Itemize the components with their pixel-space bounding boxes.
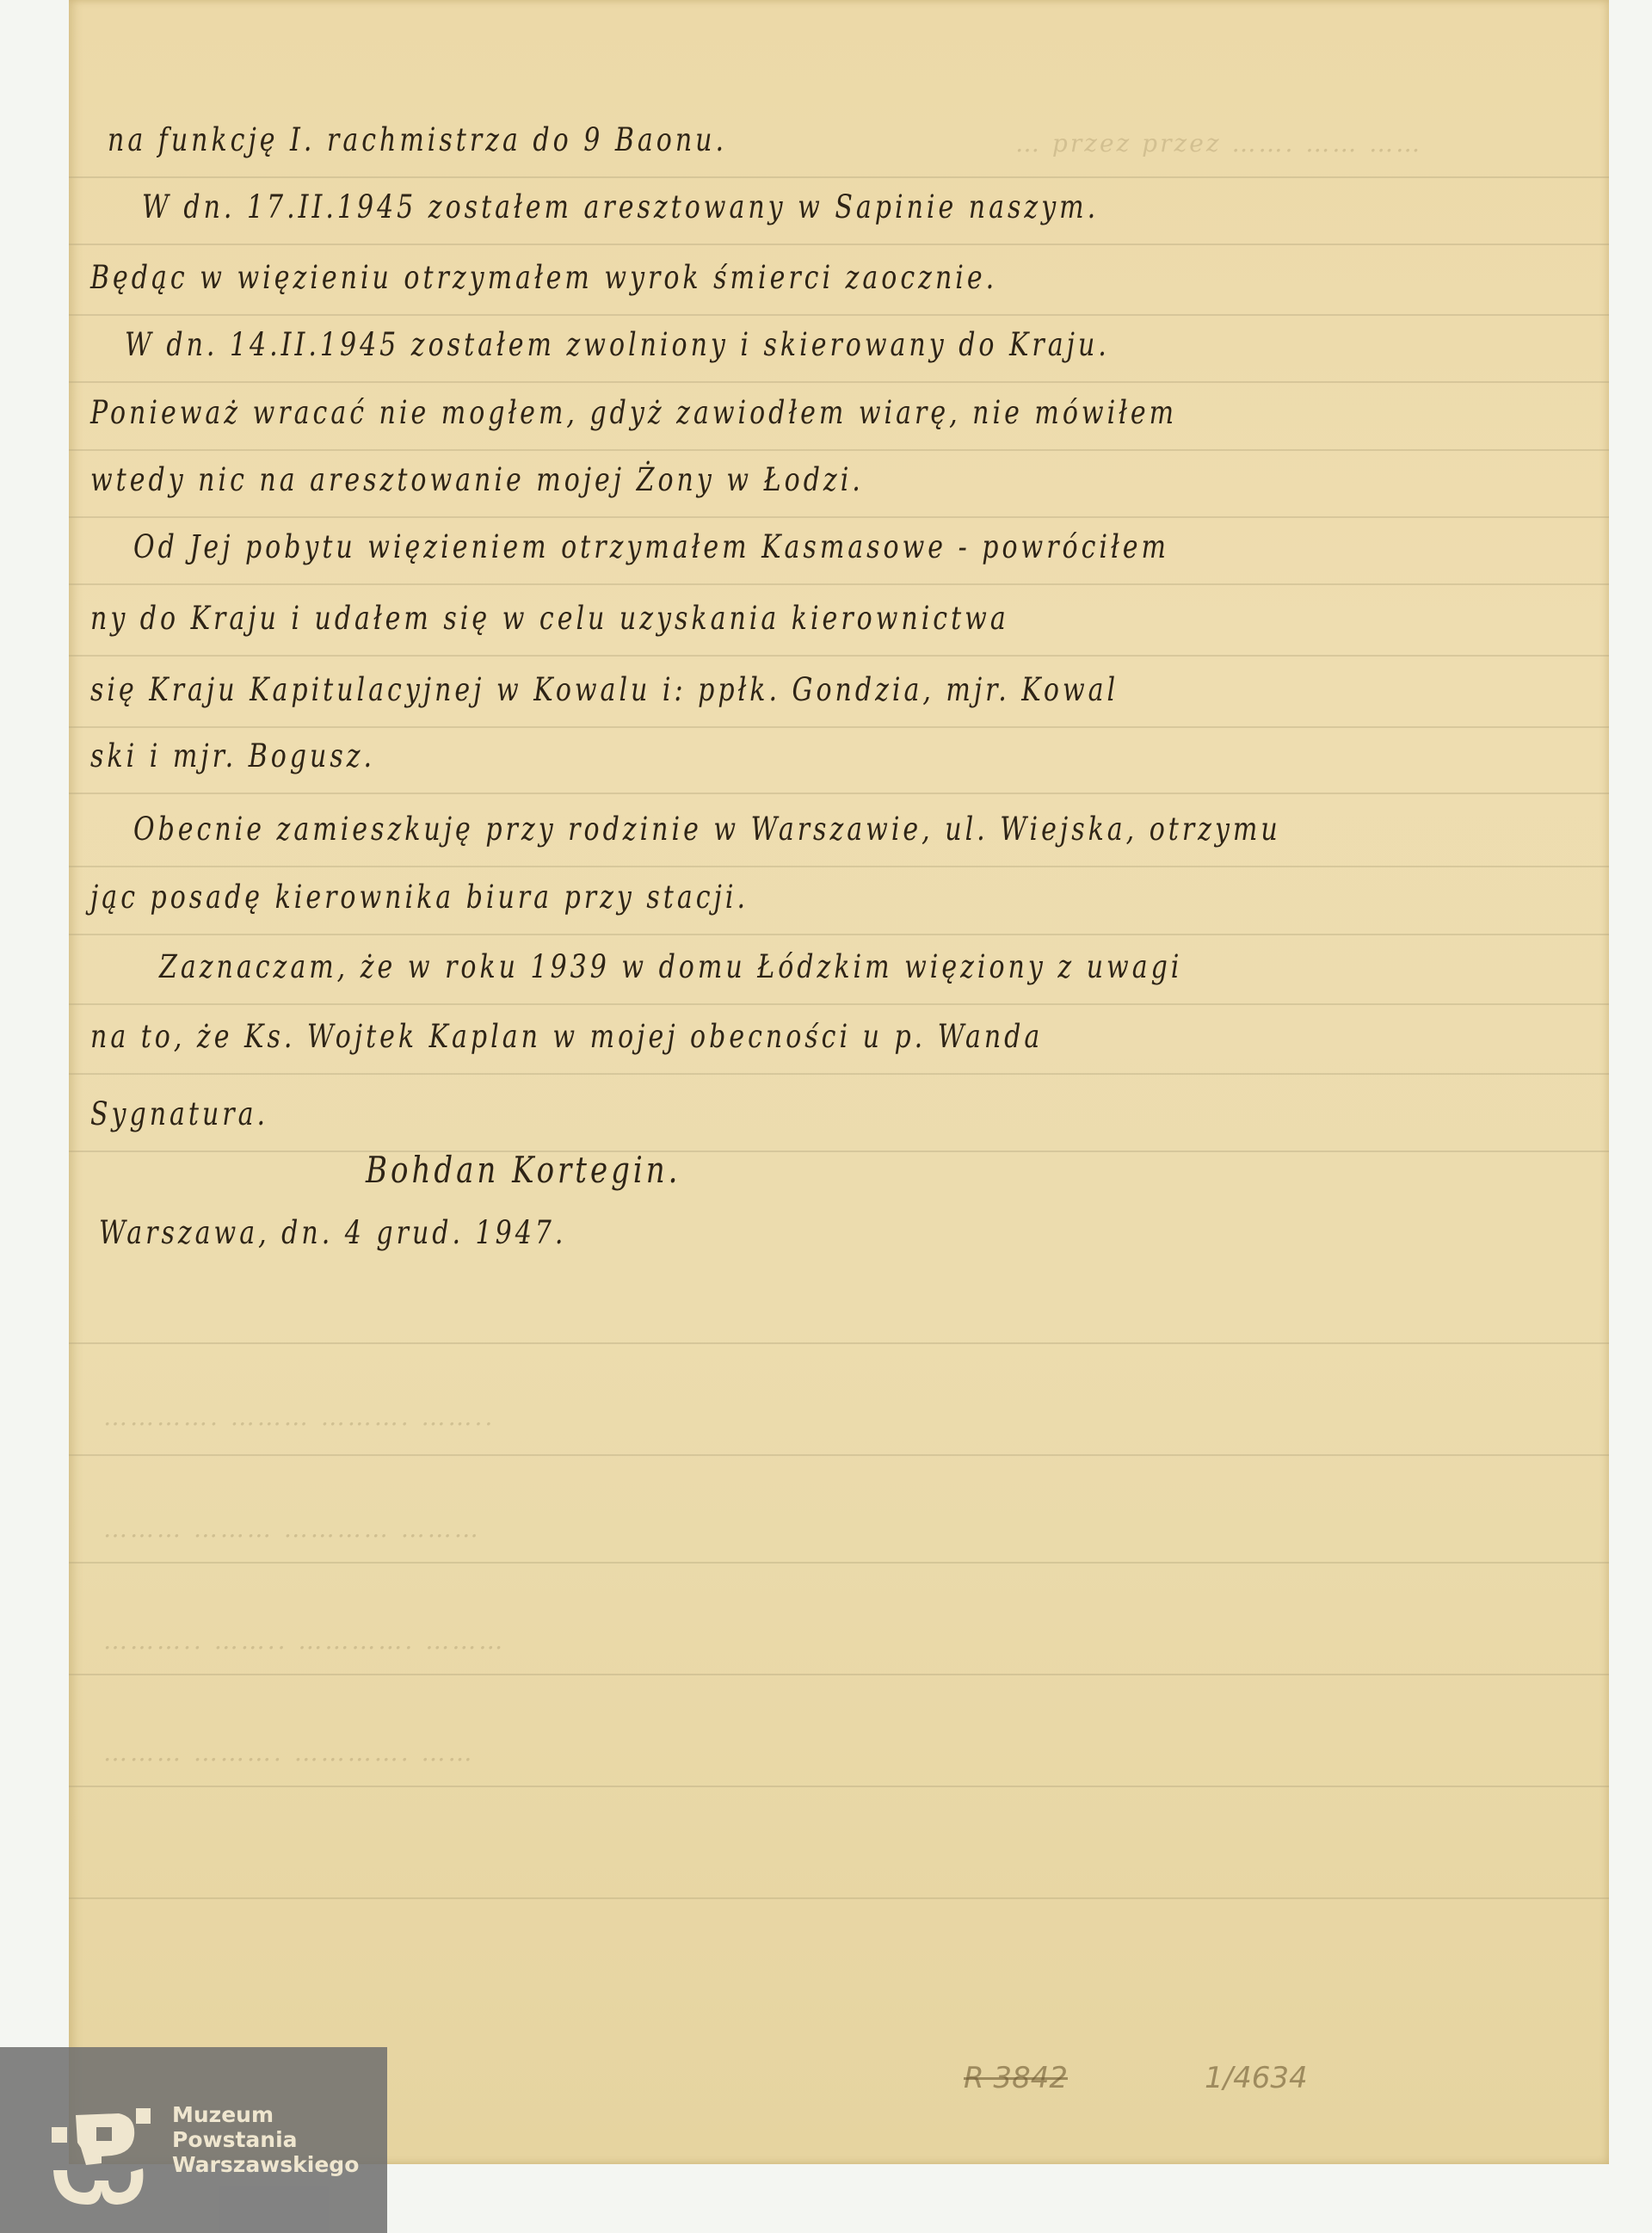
- ruled-line: [69, 866, 1609, 867]
- ruled-line: [69, 1454, 1609, 1456]
- museum-name-line2: Powstania: [172, 2127, 359, 2152]
- ruled-line: [69, 583, 1609, 585]
- ruled-line: [69, 1150, 1609, 1152]
- ruled-line: [69, 1674, 1609, 1675]
- ruled-line: [69, 244, 1609, 245]
- handwritten-line: W dn. 14.II.1945 zostałem zwolniony i sk…: [125, 326, 1110, 364]
- handwritten-line: na to, że Ks. Wojtek Kaplan w mojej obec…: [90, 1018, 1043, 1056]
- ruled-line: [69, 1073, 1609, 1075]
- ruled-line: [69, 655, 1609, 657]
- ruled-line: [69, 726, 1609, 728]
- ruled-line: [69, 176, 1609, 178]
- signature: Bohdan Kortegin.: [366, 1149, 681, 1192]
- handwritten-line: się Kraju Kapitulacyjnej w Kowalu i: ppł…: [90, 671, 1119, 709]
- ruled-line: [69, 314, 1609, 316]
- ruled-line: [69, 1562, 1609, 1564]
- museum-name-line3: Warszawskiego: [172, 2152, 359, 2177]
- handwritten-line: Obecnie zamieszkuję przy rodzinie w Wars…: [133, 811, 1281, 848]
- handwritten-line: ski i mjr. Bogusz.: [90, 737, 375, 775]
- ruled-line: [69, 449, 1609, 451]
- handwritten-line: ny do Kraju i udałem się w celu uzyskani…: [90, 600, 1009, 638]
- bleed-through-text: ……….. …….. …………. ………: [103, 1626, 505, 1655]
- handwritten-line: W dn. 17.II.1945 zostałem aresztowany w …: [142, 188, 1099, 226]
- handwritten-line: jąc posadę kierownika biura przy stacji.: [90, 879, 749, 916]
- ruled-line: [69, 934, 1609, 935]
- bleed-through-text: ……… ……… ………… ………: [103, 1514, 481, 1543]
- handwritten-line: Będąc w więzieniu otrzymałem wyrok śmier…: [90, 259, 997, 297]
- ruled-line: [69, 1342, 1609, 1344]
- ruled-line: [69, 516, 1609, 518]
- archive-number: 1/4634: [1205, 2061, 1308, 2095]
- museum-name: Muzeum Powstania Warszawskiego: [172, 2102, 359, 2177]
- handwritten-line: Sygnatura.: [90, 1095, 268, 1133]
- ruled-line: [69, 1897, 1609, 1899]
- museum-name-line1: Muzeum: [172, 2102, 359, 2127]
- bleed-through-text: … przez przez ……. …… ……: [1015, 129, 1422, 157]
- ruled-line: [69, 1003, 1609, 1005]
- handwritten-line: Zaznaczam, że w roku 1939 w domu Łódzkim…: [159, 948, 1182, 986]
- bleed-through-text: …………. ……… ………. ……..: [103, 1403, 495, 1431]
- ruled-line: [69, 1786, 1609, 1787]
- handwritten-line: na funkcję I. rachmistrza do 9 Baonu.: [108, 121, 727, 159]
- ruled-line: [69, 793, 1609, 794]
- handwritten-line: wtedy nic na aresztowanie mojej Żony w Ł…: [90, 461, 864, 499]
- handwritten-line: Od Jej pobytu więzieniem otrzymałem Kasm…: [133, 528, 1169, 566]
- ruled-line: [69, 381, 1609, 383]
- archive-number-old: R 3842: [964, 2061, 1068, 2095]
- bleed-through-text: ……… ………. …………. ……: [103, 1738, 475, 1767]
- place-date: Warszawa, dn. 4 grud. 1947.: [99, 1214, 566, 1252]
- handwritten-line: Ponieważ wracać nie mogłem, gdyż zawiodł…: [90, 394, 1177, 432]
- letter-page: … przez przez ……. …… …… …………. ……… ………. ……: [69, 0, 1609, 2164]
- kotwica-pw-anchor-icon: [52, 2108, 151, 2207]
